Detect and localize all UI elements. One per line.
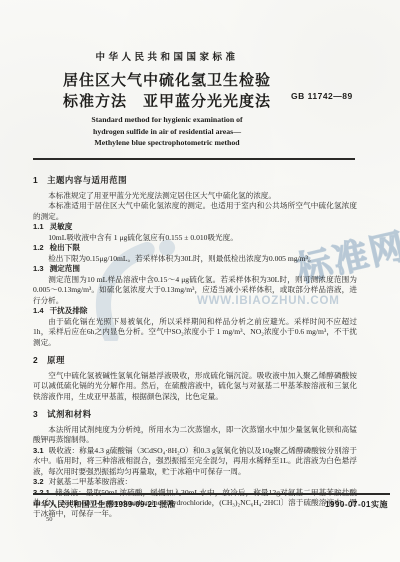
section-2-heading: 2原理	[33, 355, 357, 366]
implementation-date: 1990-07-01实施	[325, 499, 388, 510]
document-page: 标准网 WWW.IBIAOZHUN.COM 中华人民共和国国家标准 居住区大气中…	[0, 0, 400, 562]
item-1-2-number: 1.2	[33, 243, 44, 252]
title-line-2: 标准方法 亚甲蓝分光光度法	[33, 91, 301, 112]
item-3-2-number: 3.2	[33, 477, 44, 486]
item-1-3-title: 测定范围	[50, 264, 80, 273]
english-title: Standard method for hygienic examination…	[33, 114, 301, 149]
item-1-4-text: 由于硫化镉在光照下易被氧化，所以采样期间和样品分析之前应避光。采样时间不应超过1…	[33, 317, 357, 349]
item-1-1-heading: 1.1灵敏度	[33, 222, 357, 233]
approval-note: 中华人民共和国卫生部1989-09-21 批准	[33, 499, 176, 510]
national-standard-header: 中华人民共和国国家标准	[33, 49, 301, 63]
english-title-line-1: Standard method for hygienic examination…	[33, 114, 301, 126]
item-1-4-title: 干扰及排除	[50, 306, 88, 315]
item-3-2-text: 对氨基二甲基苯胺溶液：	[49, 477, 133, 486]
section-3-title: 试剂和材料	[47, 409, 91, 419]
item-1-2-text: 检出下限为0.15μg/10mL。若采样体积为30L时，则最低检出浓度为0.00…	[33, 254, 357, 265]
item-1-3-text: 测定范围为10 mL样品溶液中含0.15～4 μg硫化氢。若采样体积为30L时，…	[33, 275, 357, 307]
item-1-2-heading: 1.2检出下限	[33, 243, 357, 254]
title-line-1: 居住区大气中硫化氢卫生检验	[33, 70, 301, 91]
item-1-1-text: 10mL吸收液中含有 1 μg硫化氢应有0.155 ± 0.010吸光度。	[33, 233, 357, 244]
footer-divider	[33, 493, 390, 495]
header-divider	[33, 158, 355, 160]
section-1-number: 1	[33, 175, 38, 185]
item-1-1-number: 1.1	[33, 222, 44, 231]
item-1-4-heading: 1.4干扰及排除	[33, 306, 357, 317]
document-title: 居住区大气中硫化氢卫生检验 标准方法 亚甲蓝分光光度法	[33, 70, 301, 112]
section-2-title: 原理	[47, 355, 65, 365]
english-title-line-3: Methylene blue spectrophotometric method	[33, 137, 301, 149]
english-title-line-2: hydrogen sulfide in air of residential a…	[33, 126, 301, 138]
item-3-2: 3.2对氨基二甲基苯胺溶液：	[33, 477, 357, 488]
section-2-paragraph-1: 空气中硫化氢被碱性氢氧化镉悬浮液吸收，形成硫化镉沉淀。吸收液中加入聚乙烯醇磷酸铵…	[33, 371, 357, 403]
document-body: 1主题内容与适用范围 本标准规定了用亚甲蓝分光光度法测定居住区大气中硫化氢的浓度…	[33, 168, 357, 519]
item-1-2-title: 检出下限	[50, 243, 80, 252]
item-1-1-title: 灵敏度	[50, 222, 73, 231]
item-1-3-heading: 1.3测定范围	[33, 264, 357, 275]
item-1-3-number: 1.3	[33, 264, 44, 273]
section-3-number: 3	[33, 409, 38, 419]
section-3-heading: 3试剂和材料	[33, 409, 357, 420]
section-1-title: 主题内容与适用范围	[47, 175, 127, 185]
standard-code: GB 11742—89	[291, 91, 353, 101]
item-3-1-text: 吸收液：称量4.3 g硫酸镉（3CdSO₄·8H₂O）和0.3 g氢氧化钠以及1…	[33, 446, 357, 476]
section-1-heading: 1主题内容与适用范围	[33, 175, 357, 186]
section-1-paragraph-1: 本标准规定了用亚甲蓝分光光度法测定居住区大气中硫化氢的浓度。	[33, 191, 357, 202]
item-3-1-number: 3.1	[33, 446, 44, 455]
item-1-4-number: 1.4	[33, 306, 44, 315]
item-3-1: 3.1吸收液：称量4.3 g硫酸镉（3CdSO₄·8H₂O）和0.3 g氢氧化钠…	[33, 446, 357, 478]
section-1-paragraph-2: 本标准适用于居住区大气中硫化氢浓度的测定。也适用于室内和公共场所空气中硫化氢浓度…	[33, 201, 357, 222]
item-3-2-1-number: 3.2.1	[33, 488, 50, 497]
page-number: 50	[46, 516, 53, 523]
section-3-paragraph-1: 本法所用试剂纯度为分析纯，所用水为二次蒸馏水，即一次蒸馏水中加少量氢氧化钡和高锰…	[33, 425, 357, 446]
section-2-number: 2	[33, 355, 38, 365]
